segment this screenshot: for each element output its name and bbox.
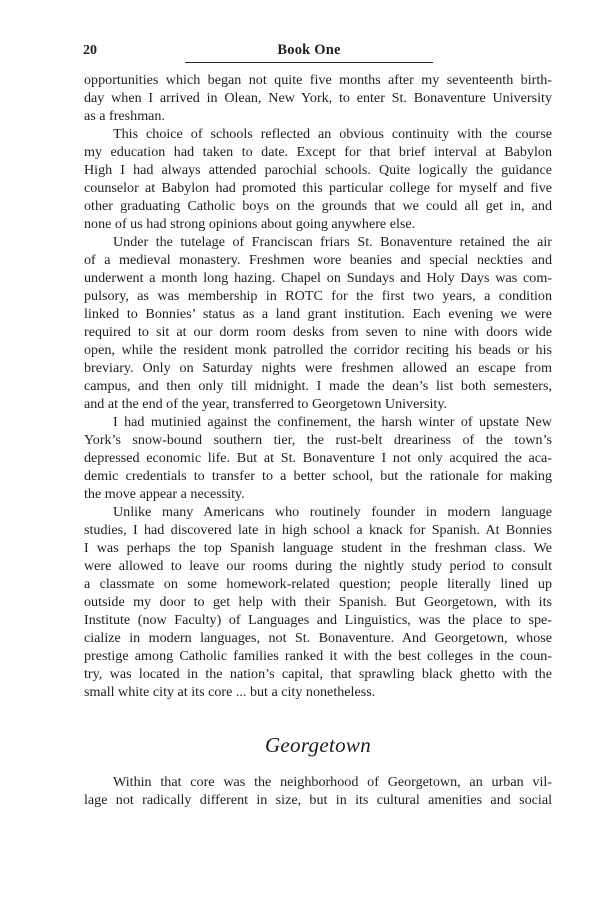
text-line: cialize in modern languages, not St. Bon… — [84, 629, 552, 647]
paragraph-spanish: Unlike many Americans who routinely foun… — [84, 503, 552, 701]
text-line: Unlike many Americans who routinely foun… — [84, 503, 552, 521]
text-line: This choice of schools reflected an obvi… — [84, 125, 552, 143]
running-head: Book One — [185, 42, 433, 59]
paragraph-franciscan: Under the tutelage of Franciscan friars … — [84, 233, 552, 413]
text-line: Institute (now Faculty) of Languages and… — [84, 611, 552, 629]
text-line: demic credentials to transfer to a bette… — [84, 467, 552, 485]
text-line: linked to Bonnies’ status as a land gran… — [84, 305, 552, 323]
text-line: my education had taken to date. Except f… — [84, 143, 552, 161]
text-line: the move appear a necessity. — [84, 485, 552, 503]
text-line: and at the end of the year, transferred … — [84, 395, 552, 413]
text-line: Under the tutelage of Franciscan friars … — [84, 233, 552, 251]
text-line: none of us had strong opinions about goi… — [84, 215, 552, 233]
text-line: underwent a month long hazing. Chapel on… — [84, 269, 552, 287]
text-line: Within that core was the neighborhood of… — [84, 773, 552, 791]
text-line: breviary. Only on Saturday nights were f… — [84, 359, 552, 377]
text-line: were allowed to leave our rooms during t… — [84, 557, 552, 575]
text-line: as a freshman. — [84, 107, 552, 125]
text-line: studies, I had discovered late in high s… — [84, 521, 552, 539]
text-line: open, while the resident monk patrolled … — [84, 341, 552, 359]
paragraph-georgetown: Within that core was the neighborhood of… — [84, 773, 552, 809]
text-line: campus, and then only till midnight. I m… — [84, 377, 552, 395]
text-line: prestige among Catholic families ranked … — [84, 647, 552, 665]
header-rule-divider — [185, 62, 433, 63]
text-line: of a medieval monastery. Freshmen wore b… — [84, 251, 552, 269]
paragraph-school-choice: This choice of schools reflected an obvi… — [84, 125, 552, 233]
text-line: other graduating Catholic boys on the gr… — [84, 197, 552, 215]
text-line: depressed economic life. But at St. Bona… — [84, 449, 552, 467]
text-line: a classmate on some homework-related que… — [84, 575, 552, 593]
text-line: counselor at Babylon had promoted this p… — [84, 179, 552, 197]
text-line: try, was located in the nation’s capital… — [84, 665, 552, 683]
page-number: 20 — [83, 43, 97, 59]
paragraph-continuation: opportunities which began not quite five… — [84, 71, 552, 125]
text-line: opportunities which began not quite five… — [84, 71, 552, 89]
text-line: outside my door to get help with their S… — [84, 593, 552, 611]
body-text: opportunities which began not quite five… — [84, 71, 552, 809]
text-line: pulsory, as was membership in ROTC for t… — [84, 287, 552, 305]
text-line: I had mutinied against the confinement, … — [84, 413, 552, 431]
text-line: required to sit at our dorm room desks f… — [84, 323, 552, 341]
text-line: I was perhaps the top Spanish language s… — [84, 539, 552, 557]
section-heading: Georgetown — [84, 731, 552, 759]
text-line: High I had always attended parochial sch… — [84, 161, 552, 179]
text-line: small white city at its core ... but a c… — [84, 683, 552, 701]
text-line: York’s snow-bound southern tier, the rus… — [84, 431, 552, 449]
paragraph-mutinied: I had mutinied against the confinement, … — [84, 413, 552, 503]
text-line: day when I arrived in Olean, New York, t… — [84, 89, 552, 107]
text-line: lage not radically different in size, bu… — [84, 791, 552, 809]
